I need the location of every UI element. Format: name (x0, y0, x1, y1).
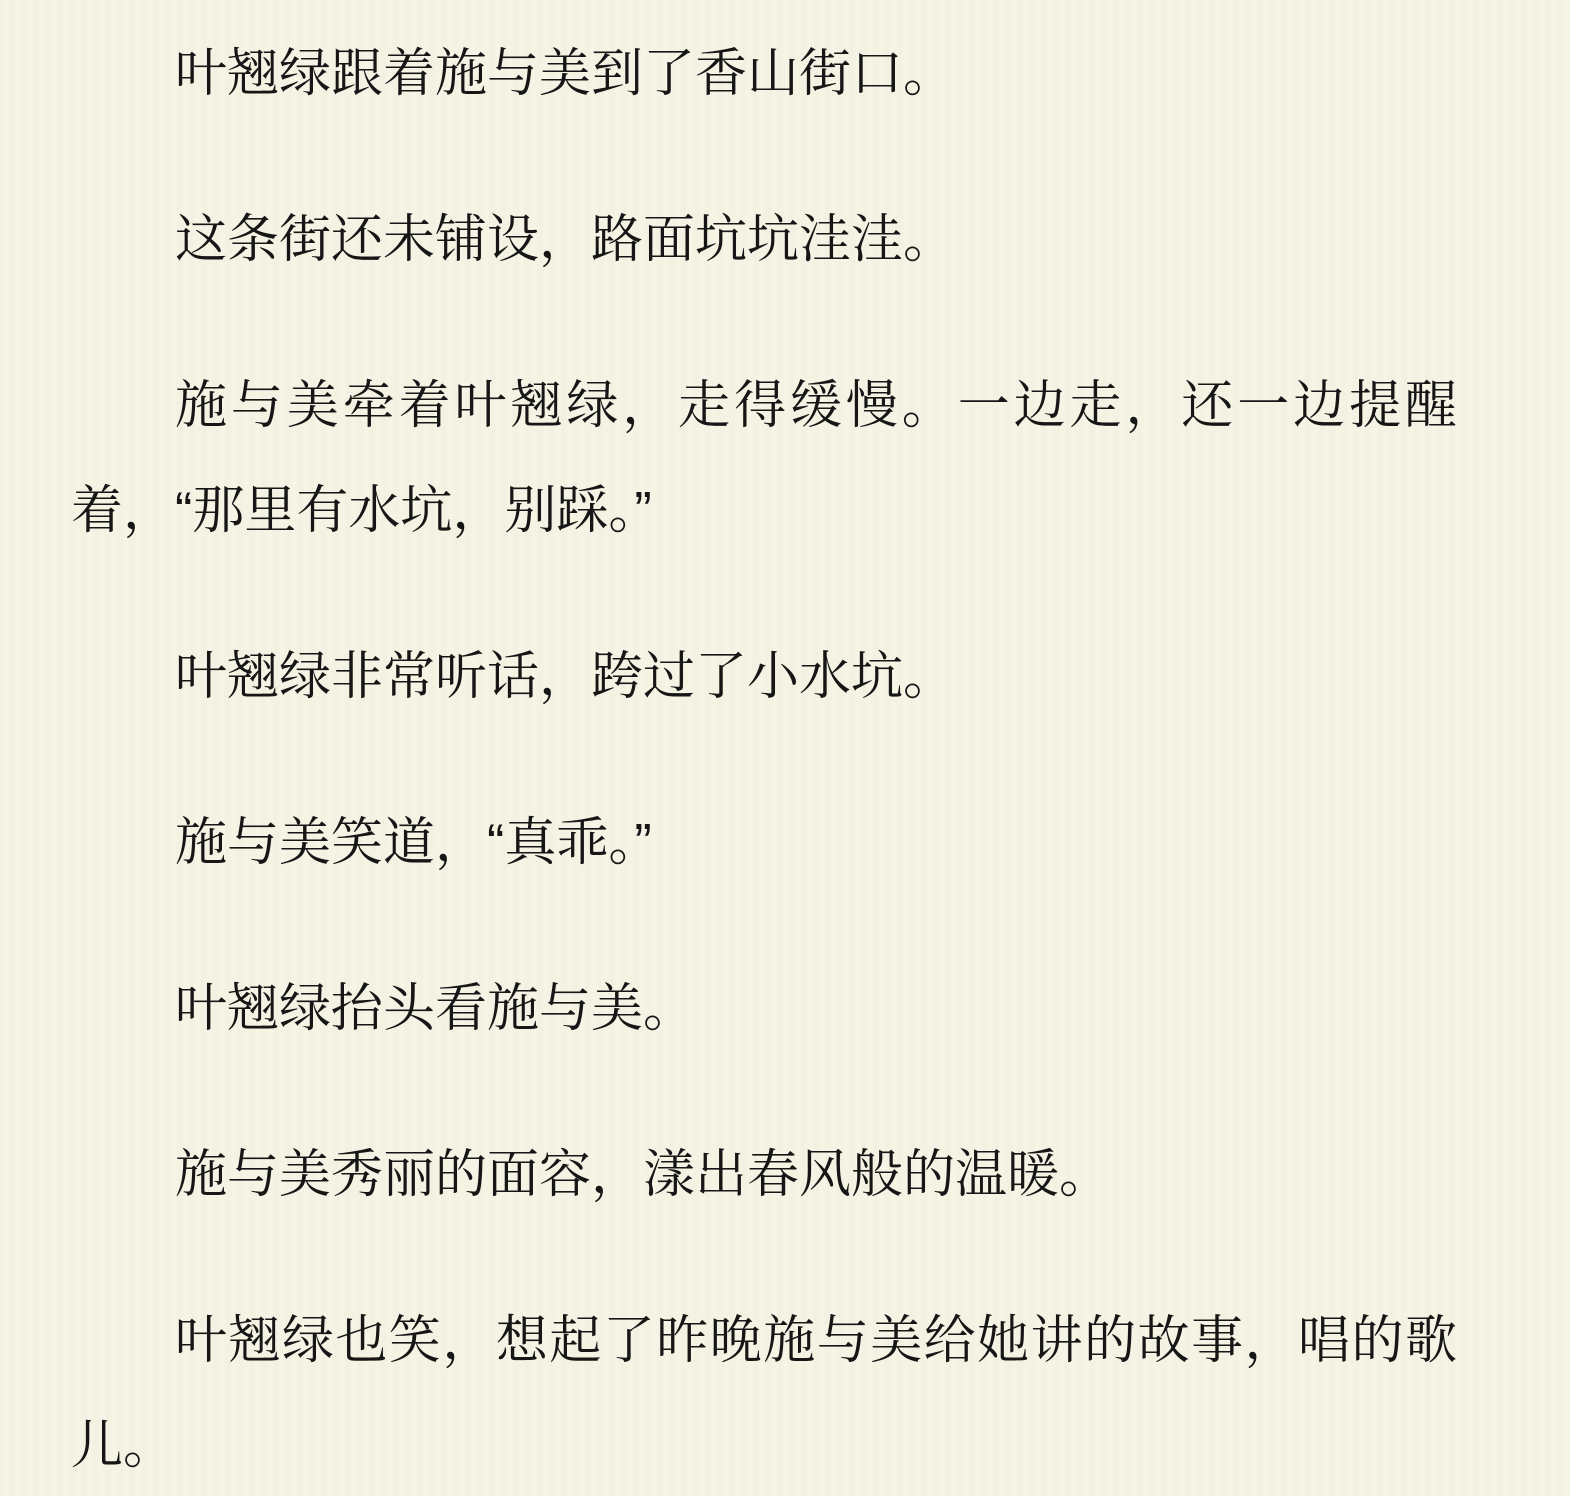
paragraph-6: 叶翘绿抬头看施与美。 (71, 957, 1457, 1062)
paragraph-2: 这条街还未铺设，路面坑坑洼洼。 (71, 188, 1457, 293)
reader-page: 叶翘绿跟着施与美到了香山街口。 这条街还未铺设，路面坑坑洼洼。 施与美牵着叶翘绿… (0, 0, 1570, 1496)
text-line: 叶翘绿非常听话，跨过了小水坑。 (71, 625, 1457, 730)
text-line: 施与美笑道，“真乖。” (71, 791, 1457, 896)
text-line: 儿。 (71, 1394, 1457, 1496)
text-line: 施与美秀丽的面容，漾出春风般的温暖。 (71, 1123, 1457, 1228)
text-line: 叶翘绿跟着施与美到了香山街口。 (71, 22, 1457, 127)
paragraph-8: 叶翘绿也笑，想起了昨晚施与美给她讲的故事，唱的歌 儿。 (71, 1289, 1457, 1496)
text-line: 叶翘绿抬头看施与美。 (71, 957, 1457, 1062)
paragraph-7: 施与美秀丽的面容，漾出春风般的温暖。 (71, 1123, 1457, 1228)
paragraph-5: 施与美笑道，“真乖。” (71, 791, 1457, 896)
paragraph-1: 叶翘绿跟着施与美到了香山街口。 (71, 22, 1457, 127)
paragraph-3: 施与美牵着叶翘绿，走得缓慢。一边走，还一边提醒 着，“那里有水坑，别踩。” (71, 354, 1457, 564)
paragraph-4: 叶翘绿非常听话，跨过了小水坑。 (71, 625, 1457, 730)
text-line: 叶翘绿也笑，想起了昨晚施与美给她讲的故事，唱的歌 (71, 1289, 1457, 1394)
text-line: 这条街还未铺设，路面坑坑洼洼。 (71, 188, 1457, 293)
text-line: 施与美牵着叶翘绿，走得缓慢。一边走，还一边提醒 (71, 354, 1457, 459)
text-line: 着，“那里有水坑，别踩。” (71, 459, 1457, 564)
